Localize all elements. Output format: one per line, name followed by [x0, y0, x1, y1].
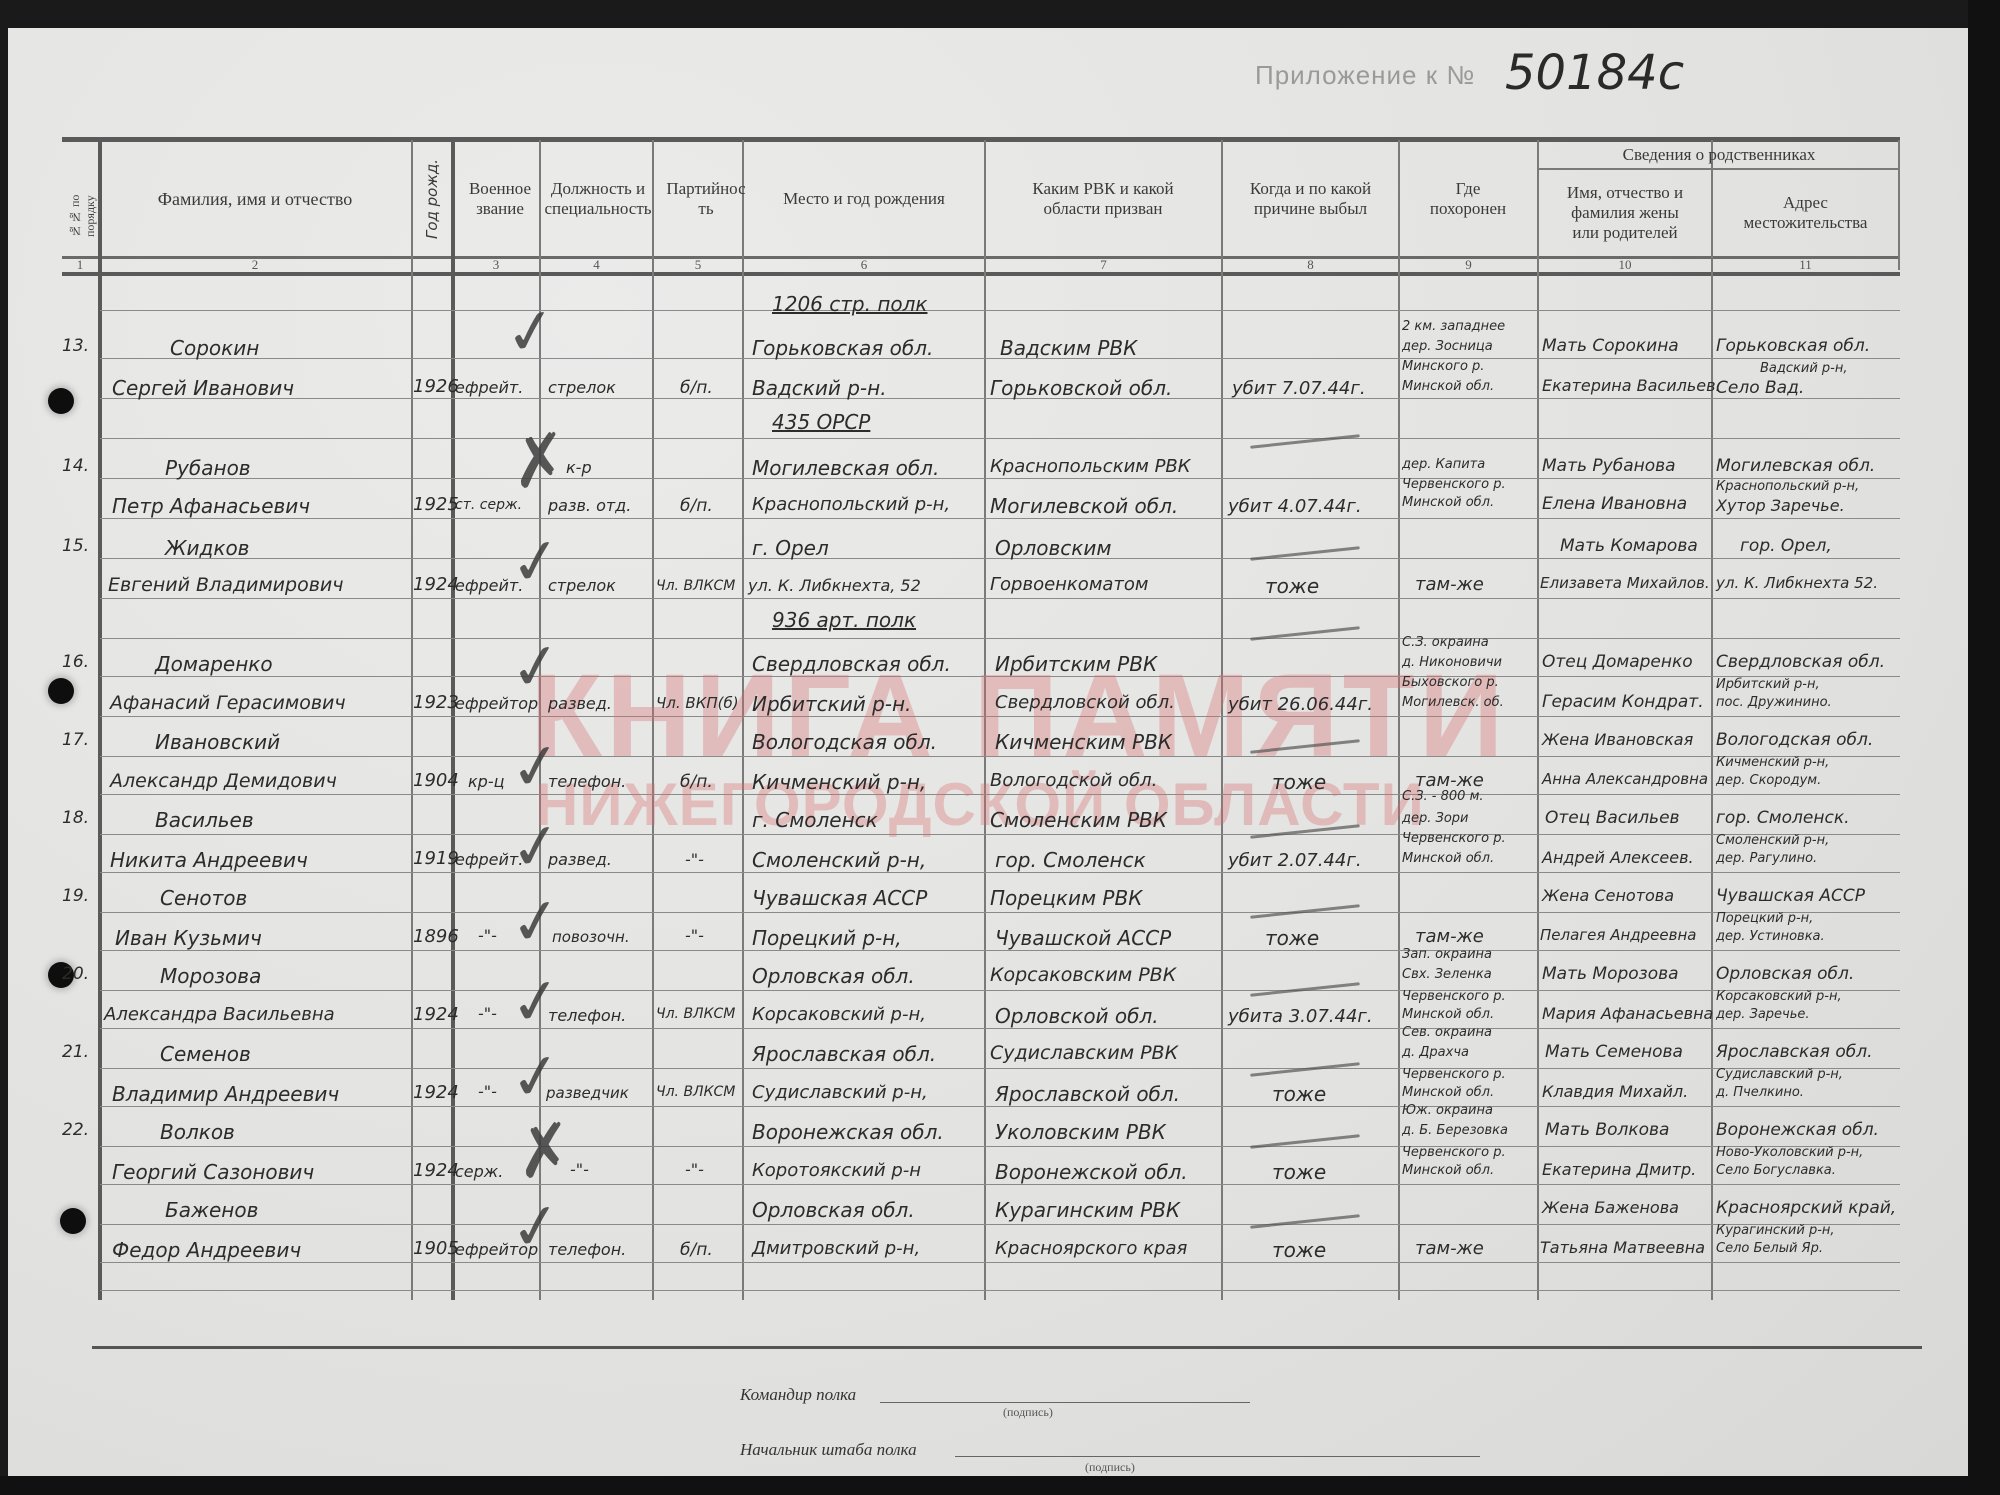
- record-buried-3: Червенского р.: [1402, 1068, 1506, 1082]
- header-num: №№ по порядку: [68, 180, 94, 252]
- record-birthplace-1: Вологодская обл.: [752, 730, 937, 754]
- record-address-3: пос. Дружинино.: [1716, 696, 1832, 710]
- record-rvk-2: Горьковской обл.: [990, 376, 1172, 400]
- record-surname: Семенов: [160, 1042, 251, 1066]
- record-address-2: Порецкий р-н,: [1716, 912, 1813, 926]
- column-number: 8: [1223, 258, 1398, 272]
- record-party: Чл. ВЛКСМ: [656, 1006, 735, 1022]
- record-buried-2: дер. Зори: [1402, 812, 1469, 826]
- record-relative-1: Мать Сорокина: [1542, 336, 1679, 356]
- unit-note: 936 арт. полк: [772, 608, 916, 632]
- record-when: убит 2.07.44г.: [1228, 850, 1362, 871]
- record-rvk-1: Порецким РВК: [990, 886, 1142, 910]
- check-mark-icon: ✓: [505, 727, 567, 807]
- record-year: 1925: [413, 494, 459, 515]
- check-mark-icon: ✓: [505, 1037, 567, 1117]
- record-party: -"-: [685, 926, 704, 945]
- record-buried-3: Червенского р.: [1402, 832, 1506, 846]
- record-rank: кр-ц: [468, 772, 504, 791]
- record-birthplace-1: Орловская обл.: [752, 964, 915, 988]
- ruled-line: [100, 950, 1900, 951]
- record-address-2: Смоленский р-н,: [1716, 834, 1829, 848]
- record-rank: ст. серж.: [455, 497, 522, 513]
- record-buried-1: Зап. окраина: [1402, 948, 1492, 962]
- record-address-1: Могилевская обл.: [1716, 456, 1875, 476]
- signature-caption: (подпись): [1085, 1460, 1135, 1475]
- record-buried-1: там-же: [1415, 926, 1484, 947]
- header-name: Фамилия, имя и отчество: [100, 142, 410, 256]
- record-given-names: Александр Демидович: [110, 770, 337, 792]
- record-address-1: Орловская обл.: [1716, 964, 1854, 984]
- column-divider: [451, 140, 455, 1300]
- record-when: тоже: [1272, 1238, 1326, 1262]
- record-year: 1924: [413, 1004, 459, 1025]
- record-buried-3: Быховского р.: [1402, 676, 1499, 690]
- record-address-2: Ново-Уколовский р-н,: [1716, 1146, 1863, 1160]
- record-birthplace-1: Ярославская обл.: [752, 1042, 936, 1066]
- record-birthplace-2: ул. К. Либкнехта, 52: [748, 576, 921, 595]
- unit-note: 435 ОРСР: [772, 410, 870, 434]
- record-number: 17.: [62, 730, 89, 750]
- record-when: тоже: [1265, 574, 1319, 598]
- column-number: 3: [453, 258, 539, 272]
- record-buried-4: Минской обл.: [1402, 380, 1494, 394]
- record-number: 18.: [62, 808, 89, 828]
- record-when: убит 4.07.44г.: [1228, 496, 1362, 517]
- record-address-3: дер. Скородум.: [1716, 774, 1821, 788]
- record-relative-2: Герасим Кондрат.: [1542, 692, 1704, 712]
- record-buried-2: дер. Зосница: [1402, 340, 1493, 354]
- ruled-line: [100, 676, 1900, 677]
- record-relative-2: Клавдия Михайл.: [1542, 1082, 1688, 1101]
- record-number: 21.: [62, 1042, 89, 1062]
- ruled-line: [100, 438, 1900, 439]
- record-surname: Жидков: [165, 536, 249, 560]
- record-when: тоже: [1272, 1160, 1326, 1184]
- record-rvk-2: Чувашской АССР: [995, 926, 1171, 950]
- record-rvk-2: Воронежской обл.: [995, 1160, 1188, 1184]
- header-when: Когда и по какой причине выбыл: [1223, 142, 1398, 256]
- column-number: 4: [541, 258, 652, 272]
- column-divider: [411, 140, 413, 1300]
- record-when: убит 26.06.44г.: [1228, 694, 1373, 715]
- record-number: 20.: [62, 964, 89, 984]
- column-number: 9: [1400, 258, 1537, 272]
- ruled-line: [100, 1290, 1900, 1291]
- record-address-2: Корсаковский р-н,: [1716, 990, 1842, 1004]
- record-buried-2: д. Драхча: [1402, 1046, 1469, 1060]
- record-rvk-1: Ирбитским РВК: [995, 652, 1157, 676]
- record-rvk-2: Орловской обл.: [995, 1004, 1159, 1028]
- ruled-line: [100, 1184, 1900, 1185]
- record-surname: Волков: [160, 1120, 235, 1144]
- record-rvk-2: Могилевской обл.: [990, 494, 1178, 518]
- record-number: 13.: [62, 336, 89, 356]
- header-year: Год рожд.: [413, 142, 451, 256]
- record-year: 1905: [413, 1238, 459, 1259]
- check-mark-icon: ✓: [505, 882, 567, 962]
- record-buried-4: Минской обл.: [1402, 1008, 1494, 1022]
- check-mark-icon: ✓: [505, 627, 567, 707]
- column-number: 11: [1713, 258, 1898, 272]
- record-address-3: Хутор Заречье.: [1716, 496, 1845, 515]
- record-party: б/п.: [680, 378, 713, 398]
- record-buried-1: там-же: [1415, 1238, 1484, 1259]
- record-party: б/п.: [680, 496, 713, 516]
- ruled-line: [100, 518, 1900, 519]
- record-party: б/п.: [680, 772, 713, 792]
- record-address-2: ул. К. Либкнехта 52.: [1716, 574, 1878, 592]
- record-birthplace-2: Вадский р-н.: [752, 376, 887, 400]
- ruled-line: [100, 1028, 1900, 1029]
- record-buried-3: Минского р.: [1402, 360, 1484, 374]
- record-address-2: Ирбитский р-н,: [1716, 678, 1820, 692]
- record-relative-1: Отец Васильев: [1545, 808, 1680, 828]
- ruled-line: [100, 478, 1900, 479]
- column-divider: [1398, 140, 1400, 1300]
- column-divider: [1711, 140, 1713, 1300]
- record-birthplace-1: г. Орел: [752, 536, 829, 560]
- header-relative-name: Имя, отчество и фамилия жены или родител…: [1539, 170, 1711, 256]
- table-bottom-rule: [92, 1346, 1922, 1349]
- record-buried-1: Юж. окраина: [1402, 1104, 1493, 1118]
- header-position: Должность и специальность: [543, 142, 653, 256]
- record-birthplace-1: Свердловская обл.: [752, 652, 951, 676]
- column-divider: [742, 140, 744, 1300]
- record-buried-4: Могилевск. об.: [1402, 696, 1504, 710]
- record-given-names: Владимир Андреевич: [112, 1082, 339, 1106]
- record-relative-1: Отец Домаренко: [1542, 652, 1693, 672]
- record-given-names: Иван Кузьмич: [115, 926, 262, 950]
- check-mark-icon: ✓: [500, 292, 562, 372]
- record-party: -"-: [685, 850, 704, 869]
- record-relative-2: Мария Афанасьевна: [1542, 1004, 1713, 1023]
- record-rvk-1: Орловским: [995, 536, 1111, 560]
- record-year: 1924: [413, 1082, 459, 1103]
- column-divider: [98, 140, 102, 1300]
- record-year: 1924: [413, 574, 459, 595]
- record-buried-2: Свх. Зеленка: [1402, 968, 1492, 982]
- record-given-names: Афанасий Герасимович: [110, 692, 346, 714]
- record-buried-2: Червенского р.: [1402, 478, 1506, 492]
- header-address: Адрес местожительства: [1713, 170, 1898, 256]
- ruled-line: [100, 1146, 1900, 1147]
- record-relative-2: Андрей Алексеев.: [1542, 848, 1694, 867]
- record-party: -"-: [685, 1160, 704, 1179]
- record-birthplace-2: Корсаковский р-н,: [752, 1004, 926, 1025]
- record-year: 1926: [413, 376, 459, 397]
- ruled-line: [100, 912, 1900, 913]
- record-year: 1919: [413, 848, 459, 869]
- record-address-3: Село Вад.: [1716, 378, 1804, 398]
- record-relative-2: Татьяна Матвеевна: [1540, 1238, 1705, 1257]
- record-year: 1904: [413, 770, 459, 791]
- record-address-1: Красноярский край,: [1716, 1198, 1896, 1218]
- record-rvk-2: Ярославской обл.: [995, 1082, 1180, 1106]
- record-year: 1924: [413, 1160, 459, 1181]
- unit-note: 1206 стр. полк: [772, 292, 928, 316]
- record-rvk-2: гор. Смоленск: [995, 848, 1146, 872]
- header-rank: Военное звание: [455, 142, 545, 256]
- record-rvk-2: Свердловской обл.: [995, 692, 1175, 713]
- record-given-names: Никита Андреевич: [110, 848, 308, 872]
- record-buried-1: 2 км. западнее: [1402, 320, 1505, 334]
- record-number: 22.: [62, 1120, 89, 1140]
- record-when: тоже: [1272, 770, 1326, 794]
- record-rvk-1: Вадским РВК: [1000, 336, 1137, 360]
- record-relative-1: Мать Семенова: [1545, 1042, 1683, 1062]
- record-relative-1: Жена Ивановская: [1542, 730, 1693, 749]
- record-rvk-1: Смоленским РВК: [990, 808, 1167, 832]
- record-relative-2: Екатерина Дмитр.: [1542, 1160, 1696, 1179]
- record-buried-3: Червенского р.: [1402, 990, 1506, 1004]
- record-relative-2: Елена Ивановна: [1542, 494, 1687, 514]
- record-relative-1: Жена Баженова: [1542, 1198, 1679, 1217]
- reference-number: 50184с: [1505, 45, 1684, 101]
- record-birthplace-1: Орловская обл.: [752, 1198, 915, 1222]
- scan-border: [0, 1476, 2000, 1495]
- record-address-2: Вадский р-н,: [1760, 362, 1847, 376]
- ruled-line: [100, 834, 1900, 835]
- record-given-names: Александра Васильевна: [104, 1004, 335, 1025]
- record-buried-1: там-же: [1415, 574, 1484, 595]
- ruled-line: [100, 990, 1900, 991]
- header-year-label: Год рожд.: [422, 159, 442, 239]
- record-address-2: Краснопольский р-н,: [1716, 480, 1859, 494]
- column-number: 1: [62, 258, 98, 272]
- punch-hole: [60, 1208, 86, 1234]
- header-buried: Где похоронен: [1400, 142, 1536, 256]
- record-birthplace-2: Ирбитский р-н.: [752, 692, 911, 716]
- column-number: 6: [744, 258, 984, 272]
- record-buried-2: д. Б. Березовка: [1402, 1124, 1508, 1138]
- record-when: тоже: [1265, 926, 1319, 950]
- record-when: тоже: [1272, 1082, 1326, 1106]
- record-address-1: гор. Смоленск.: [1716, 808, 1850, 828]
- record-address-1: гор. Орел,: [1740, 536, 1832, 556]
- record-rvk-1: Курагинским РВК: [995, 1198, 1180, 1222]
- record-address-1: Ярославская обл.: [1716, 1042, 1872, 1062]
- ruled-line: [100, 1068, 1900, 1069]
- record-party: Чл. ВЛКСМ: [656, 578, 735, 594]
- record-party: Чл. ВЛКСМ: [656, 1084, 735, 1100]
- record-rvk-1: Кичменским РВК: [995, 730, 1172, 754]
- record-rvk-2: Горвоенкоматом: [990, 574, 1149, 595]
- record-relative-1: Мать Рубанова: [1542, 456, 1676, 476]
- chief-of-staff-signature-line[interactable]: [955, 1456, 1480, 1457]
- record-buried-4: Минской обл.: [1402, 852, 1494, 866]
- record-birthplace-2: Дмитровский р-н,: [752, 1238, 920, 1259]
- record-address-3: Село Богуславка.: [1716, 1164, 1836, 1178]
- record-surname: Сенотов: [160, 886, 247, 910]
- record-buried-4: Минской обл.: [1402, 1086, 1494, 1100]
- header-relatives-group: Сведения о родственниках: [1539, 142, 1899, 168]
- chief-of-staff-label: Начальник штаба полка: [740, 1440, 917, 1460]
- record-buried-1: С.З. окраина: [1402, 636, 1489, 650]
- record-birthplace-1: Чувашская АССР: [752, 886, 927, 910]
- record-birthplace-2: Смоленский р-н,: [752, 848, 926, 872]
- record-year: 1896: [413, 926, 459, 947]
- record-year: 1923: [413, 692, 459, 713]
- record-address-2: Судиславский р-н,: [1716, 1068, 1843, 1082]
- record-buried-2: д. Никоновичи: [1402, 656, 1502, 670]
- record-party: Чл. ВКП(б): [656, 694, 739, 712]
- signature-caption: (подпись): [1003, 1405, 1053, 1420]
- record-rank: -"-: [478, 1004, 497, 1023]
- record-when: убита 3.07.44г.: [1228, 1006, 1373, 1027]
- check-mark-icon: ✓: [505, 962, 567, 1042]
- column-number: 10: [1539, 258, 1711, 272]
- column-divider: [652, 140, 654, 1300]
- ruled-line: [100, 638, 1900, 639]
- column-number: 5: [654, 258, 742, 272]
- column-numbers-rule: [62, 272, 1900, 276]
- record-surname: Морозова: [160, 964, 261, 988]
- record-number: 15.: [62, 536, 89, 556]
- column-number: 2: [100, 258, 410, 272]
- record-party: б/п.: [680, 1240, 713, 1260]
- record-address-3: д. Пчелкино.: [1716, 1086, 1804, 1100]
- record-birthplace-1: Горьковская обл.: [752, 336, 933, 360]
- check-mark-icon: ✗: [510, 1106, 579, 1195]
- record-rank: -"-: [478, 926, 497, 945]
- record-rank: ефрейт.: [455, 378, 523, 397]
- ruled-line: [100, 756, 1900, 757]
- record-birthplace-2: Коротоякский р-н: [752, 1160, 921, 1181]
- record-birthplace-1: Могилевская обл.: [752, 456, 939, 480]
- record-buried-1: Сев. окраина: [1402, 1026, 1492, 1040]
- commander-label: Командир полка: [740, 1385, 856, 1405]
- column-divider: [984, 140, 986, 1300]
- record-surname: Васильев: [155, 808, 254, 832]
- record-address-1: Воронежская обл.: [1716, 1120, 1879, 1140]
- record-buried-1: там-же: [1415, 770, 1484, 791]
- record-address-3: дер. Заречье.: [1716, 1008, 1810, 1022]
- header-party: Партийность: [656, 142, 756, 256]
- record-surname: Сорокин: [170, 336, 259, 360]
- record-surname: Ивановский: [155, 730, 280, 754]
- record-rvk-1: Уколовским РВК: [995, 1120, 1166, 1144]
- record-address-1: Вологодская обл.: [1716, 730, 1873, 750]
- record-rvk-2: Красноярского края: [995, 1238, 1187, 1259]
- ruled-line: [100, 1262, 1900, 1263]
- record-given-names: Георгий Сазонович: [112, 1160, 314, 1184]
- record-given-names: Петр Афанасьевич: [112, 494, 310, 518]
- record-given-names: Евгений Владимирович: [108, 574, 343, 596]
- ruled-line: [100, 1106, 1900, 1107]
- record-surname: Баженов: [165, 1198, 258, 1222]
- record-given-names: Федор Андреевич: [112, 1238, 301, 1262]
- record-birthplace-2: Порецкий р-н,: [752, 926, 902, 950]
- record-buried-1: дер. Капита: [1402, 458, 1485, 472]
- reference-label: Приложение к №: [1255, 60, 1475, 91]
- record-birthplace-1: г. Смоленск: [752, 808, 878, 832]
- check-mark-icon: ✓: [505, 522, 567, 602]
- record-address-1: Свердловская обл.: [1716, 652, 1885, 672]
- commander-signature-line[interactable]: [880, 1402, 1250, 1403]
- record-number: 19.: [62, 886, 89, 906]
- record-address-1: Горьковская обл.: [1716, 336, 1870, 356]
- record-buried-1: С.З. - 800 м.: [1402, 790, 1484, 804]
- record-relative-2: Пелагея Андреевна: [1540, 926, 1696, 944]
- check-mark-icon: ✗: [505, 416, 574, 505]
- record-surname: Рубанов: [165, 456, 251, 480]
- record-address-3: дер. Рагулино.: [1716, 852, 1817, 866]
- record-address-3: дер. Устиновка.: [1716, 930, 1825, 944]
- column-divider: [1221, 140, 1223, 1300]
- check-mark-icon: ✓: [505, 807, 567, 887]
- record-number: 14.: [62, 456, 89, 476]
- punch-hole: [48, 678, 74, 704]
- record-address-2: Курагинский р-н,: [1716, 1224, 1835, 1238]
- record-rvk-1: Корсаковским РВК: [990, 964, 1176, 986]
- record-buried-4: Минской обл.: [1402, 1164, 1494, 1178]
- ruled-line: [100, 794, 1900, 795]
- record-relative-2: Анна Александровна: [1542, 770, 1708, 788]
- record-birthplace-2: Краснопольский р-н,: [752, 494, 950, 515]
- record-address-1: Чувашская АССР: [1716, 886, 1865, 906]
- record-address-3: Село Белый Яр.: [1716, 1242, 1823, 1256]
- record-buried-3: Червенского р.: [1402, 1146, 1506, 1160]
- header-birthplace: Место и год рождения: [744, 142, 984, 256]
- record-rank: -"-: [478, 1082, 497, 1101]
- record-relative-2: Елизавета Михайлов.: [1540, 574, 1710, 592]
- ruled-line: [100, 1224, 1900, 1225]
- header-rvk: Каким РВК и какой области призван: [986, 142, 1220, 256]
- ruled-line: [100, 872, 1900, 873]
- record-position: стрелок: [548, 378, 616, 397]
- punch-hole: [48, 388, 74, 414]
- record-relative-1: Мать Волкова: [1545, 1120, 1669, 1140]
- record-rvk-1: Судиславским РВК: [990, 1042, 1178, 1064]
- record-number: 16.: [62, 652, 89, 672]
- record-birthplace-2: Судиславский р-н,: [752, 1082, 928, 1103]
- check-mark-icon: ✓: [505, 1187, 567, 1267]
- column-divider: [1537, 140, 1539, 1300]
- ruled-line: [100, 598, 1900, 599]
- column-number: 7: [986, 258, 1221, 272]
- record-buried-3: Минской обл.: [1402, 496, 1494, 510]
- record-relative-2: Екатерина Васильев.: [1542, 376, 1721, 395]
- record-relative-1: Мать Морозова: [1542, 964, 1679, 984]
- ruled-line: [100, 716, 1900, 717]
- record-relative-1: Жена Сенотова: [1542, 886, 1674, 905]
- record-rvk-2: Вологодской обл.: [990, 770, 1157, 791]
- record-birthplace-1: Воронежская обл.: [752, 1120, 944, 1144]
- record-when: убит 7.07.44г.: [1232, 378, 1366, 399]
- record-birthplace-2: Кичменский р-н,: [752, 770, 926, 794]
- record-rank: серж.: [455, 1162, 503, 1181]
- record-rvk-1: Краснопольским РВК: [990, 456, 1191, 477]
- record-given-names: Сергей Иванович: [112, 376, 294, 400]
- ruled-line: [100, 310, 1900, 311]
- scan-border: [1968, 0, 2000, 1495]
- record-address-2: Кичменский р-н,: [1716, 756, 1829, 770]
- record-relative-1: Мать Комарова: [1560, 536, 1698, 556]
- record-surname: Домаренко: [155, 652, 273, 676]
